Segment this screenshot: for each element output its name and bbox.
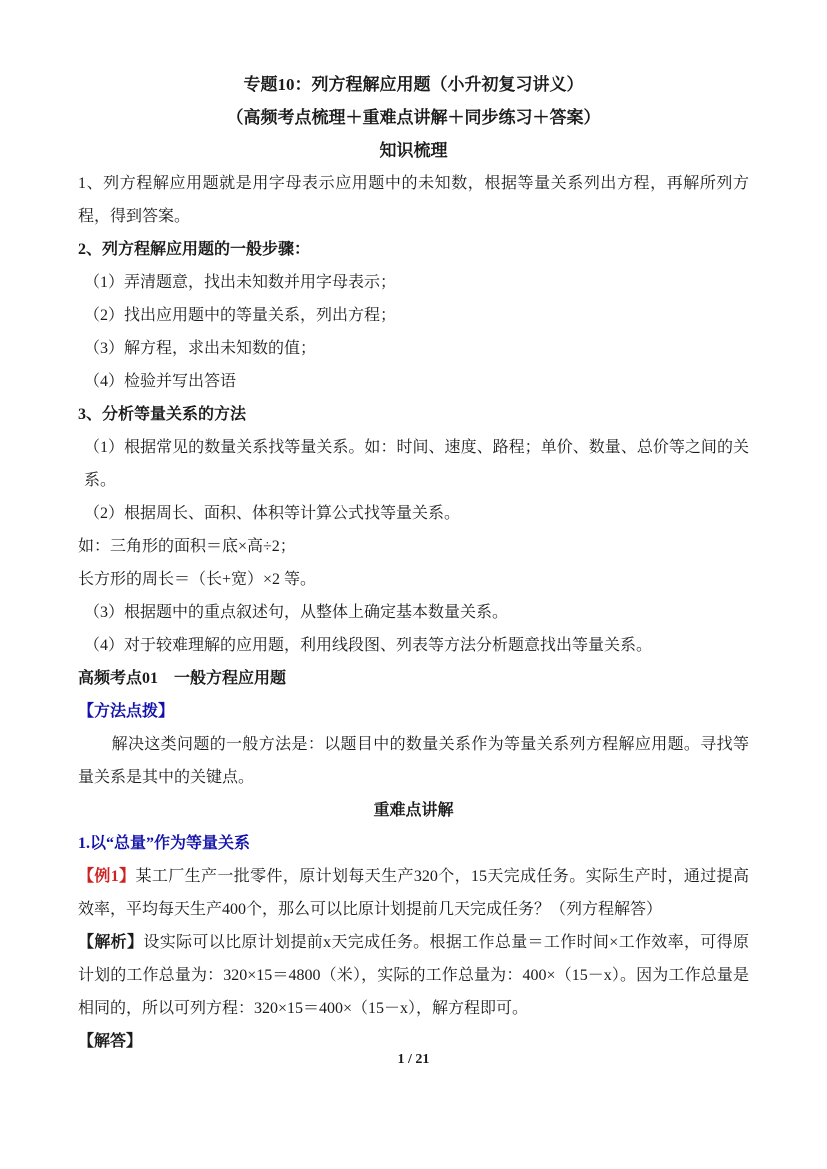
analysis-paragraph: 【解析】设实际可以比原计划提前x天完成任务。根据工作总量＝工作时间×工作效率，可… <box>78 926 749 1025</box>
subsection1-heading: 1.以“总量”作为等量关系 <box>78 827 749 860</box>
page-number: 1 / 21 <box>0 1052 827 1068</box>
section3-formula-triangle: 如：三角形的面积＝底×高÷2； <box>78 530 749 563</box>
analysis-text: 设实际可以比原计划提前x天完成任务。根据工作总量＝工作时间×工作效率，可得原计划… <box>78 934 749 1017</box>
section2-step-3: （3）解方程，求出未知数的值； <box>78 332 749 365</box>
example1-label: 【例1】 <box>78 868 136 885</box>
section2-step-1: （1）弄清题意，找出未知数并用字母表示； <box>78 266 749 299</box>
section3-item-1: （1）根据常见的数量关系找等量关系。如：时间、速度、路程；单价、数量、总价等之间… <box>78 431 749 497</box>
method-tip-text: 解决这类问题的一般方法是：以题目中的数量关系作为等量关系列方程解应用题。寻找等量… <box>78 728 749 794</box>
example1-paragraph: 【例1】某工厂生产一批零件，原计划每天生产320个，15天完成任务。实际生产时，… <box>78 860 749 926</box>
section3-item-2: （2）根据周长、面积、体积等计算公式找等量关系。 <box>78 497 749 530</box>
doc-title-line2: （高频考点梳理＋重难点讲解＋同步练习＋答案） <box>78 101 749 134</box>
knowledge-paragraph-1: 1、列方程解应用题就是用字母表示应用题中的未知数，根据等量关系列出方程，再解所列… <box>78 167 749 233</box>
section-heading-knowledge: 知识梳理 <box>78 134 749 167</box>
hf-point-01-heading: 高频考点01 一般方程应用题 <box>78 662 749 695</box>
section3-formula-rectangle: 长方形的周长＝（长+宽）×2 等。 <box>78 563 749 596</box>
section3-heading: 3、分析等量关系的方法 <box>78 398 749 431</box>
example1-text: 某工厂生产一批零件，原计划每天生产320个，15天完成任务。实际生产时，通过提高… <box>78 868 749 918</box>
doc-title-line1: 专题10：列方程解应用题（小升初复习讲义） <box>78 68 749 101</box>
document-page: 专题10：列方程解应用题（小升初复习讲义） （高频考点梳理＋重难点讲解＋同步练习… <box>0 0 827 1169</box>
section3-item-4: （4）对于较难理解的应用题，利用线段图、列表等方法分析题意找出等量关系。 <box>78 629 749 662</box>
section2-step-2: （2）找出应用题中的等量关系，列出方程； <box>78 299 749 332</box>
section3-item-3: （3）根据题中的重点叙述句，从整体上确定基本数量关系。 <box>78 596 749 629</box>
section2-step-4: （4）检验并写出答语 <box>78 365 749 398</box>
document-content: 专题10：列方程解应用题（小升初复习讲义） （高频考点梳理＋重难点讲解＋同步练习… <box>0 0 827 1058</box>
method-tip-label: 【方法点拨】 <box>78 695 749 728</box>
section2-heading: 2、列方程解应用题的一般步骤： <box>78 233 749 266</box>
section-heading-key-points: 重难点讲解 <box>78 794 749 827</box>
analysis-label: 【解析】 <box>78 934 143 951</box>
